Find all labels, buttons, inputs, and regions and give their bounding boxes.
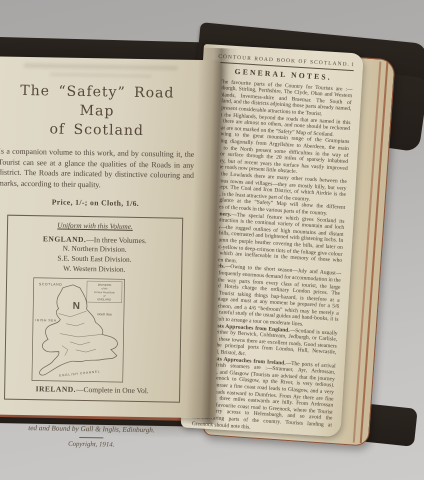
paragraph-text: —The special feature which gives Scotlan… (202, 212, 345, 265)
uniform-note: Uniform with this Volume. (12, 221, 178, 232)
page-number: 1 (351, 62, 354, 69)
ireland-volume-line: IRELAND.—Complete in One Vol. (9, 384, 175, 396)
map-label-scotland: SCOTLAND (39, 282, 62, 286)
advert-title-line2: of Scotland (49, 121, 144, 139)
paragraph-text: —Owing to the short season—July and Augu… (198, 264, 341, 328)
paragraph-text: Owing to the great mountain range of the… (207, 131, 349, 175)
county-line (76, 349, 96, 352)
county-line (66, 322, 84, 325)
england-title: ENGLAND. (43, 235, 87, 245)
paragraph-text: —Scotland is usually entered either by B… (196, 327, 338, 357)
price-line: Price, 1/-; on Cloth, 1/6. (0, 197, 194, 209)
county-line (70, 342, 90, 345)
map-north-division-mark: N (73, 301, 80, 312)
england-map: SCOTLAND DIVISIONS of the Contour Road B… (31, 277, 125, 383)
county-line (62, 345, 68, 355)
show-through-smudge (50, 72, 152, 78)
map-label-irish-sea: IRISH SEA (35, 318, 57, 322)
show-through-smudge (24, 63, 178, 71)
map-legend-line: ENGLAND (97, 297, 111, 301)
map-legend-line: DIVISIONS (98, 283, 112, 287)
page-edge-stain-line (360, 62, 388, 443)
printer-imprint: ted and Bound by Gall & Inglis, Edinburg… (0, 423, 190, 434)
body-paragraph: Hotels.—Owing to the short season—July a… (198, 263, 341, 331)
advert-title-line1: The “Safety” Road Map (20, 83, 174, 120)
companion-volumes-box: Uniform with this Volume. ENGLAND.—In th… (4, 215, 183, 402)
ireland-subtitle: —Complete in One Vol. (76, 385, 149, 395)
map-legend-line: of the (101, 287, 108, 290)
division-item: W. Western Division. (11, 263, 177, 276)
map-label-north-sea: North Sea (97, 312, 112, 316)
book-photo: CONTOUR ROAD BOOK OF SCOTLAND. 1 GENERAL… (0, 0, 424, 480)
ireland-title: IRELAND. (36, 384, 77, 394)
imprint-rule (79, 437, 103, 438)
advert-title: The “Safety” Road Map of Scotland (0, 82, 196, 142)
body-paragraph: Scenery.—The special feature which gives… (202, 210, 345, 271)
book-page-left: The “Safety” Road Map of Scotland Is a c… (0, 56, 222, 418)
division-boundary (60, 333, 102, 337)
advert-intro: Is a companion volume to this work, and … (0, 147, 194, 193)
map-label-english-channel: ENGLISH CHANNEL (59, 369, 100, 377)
